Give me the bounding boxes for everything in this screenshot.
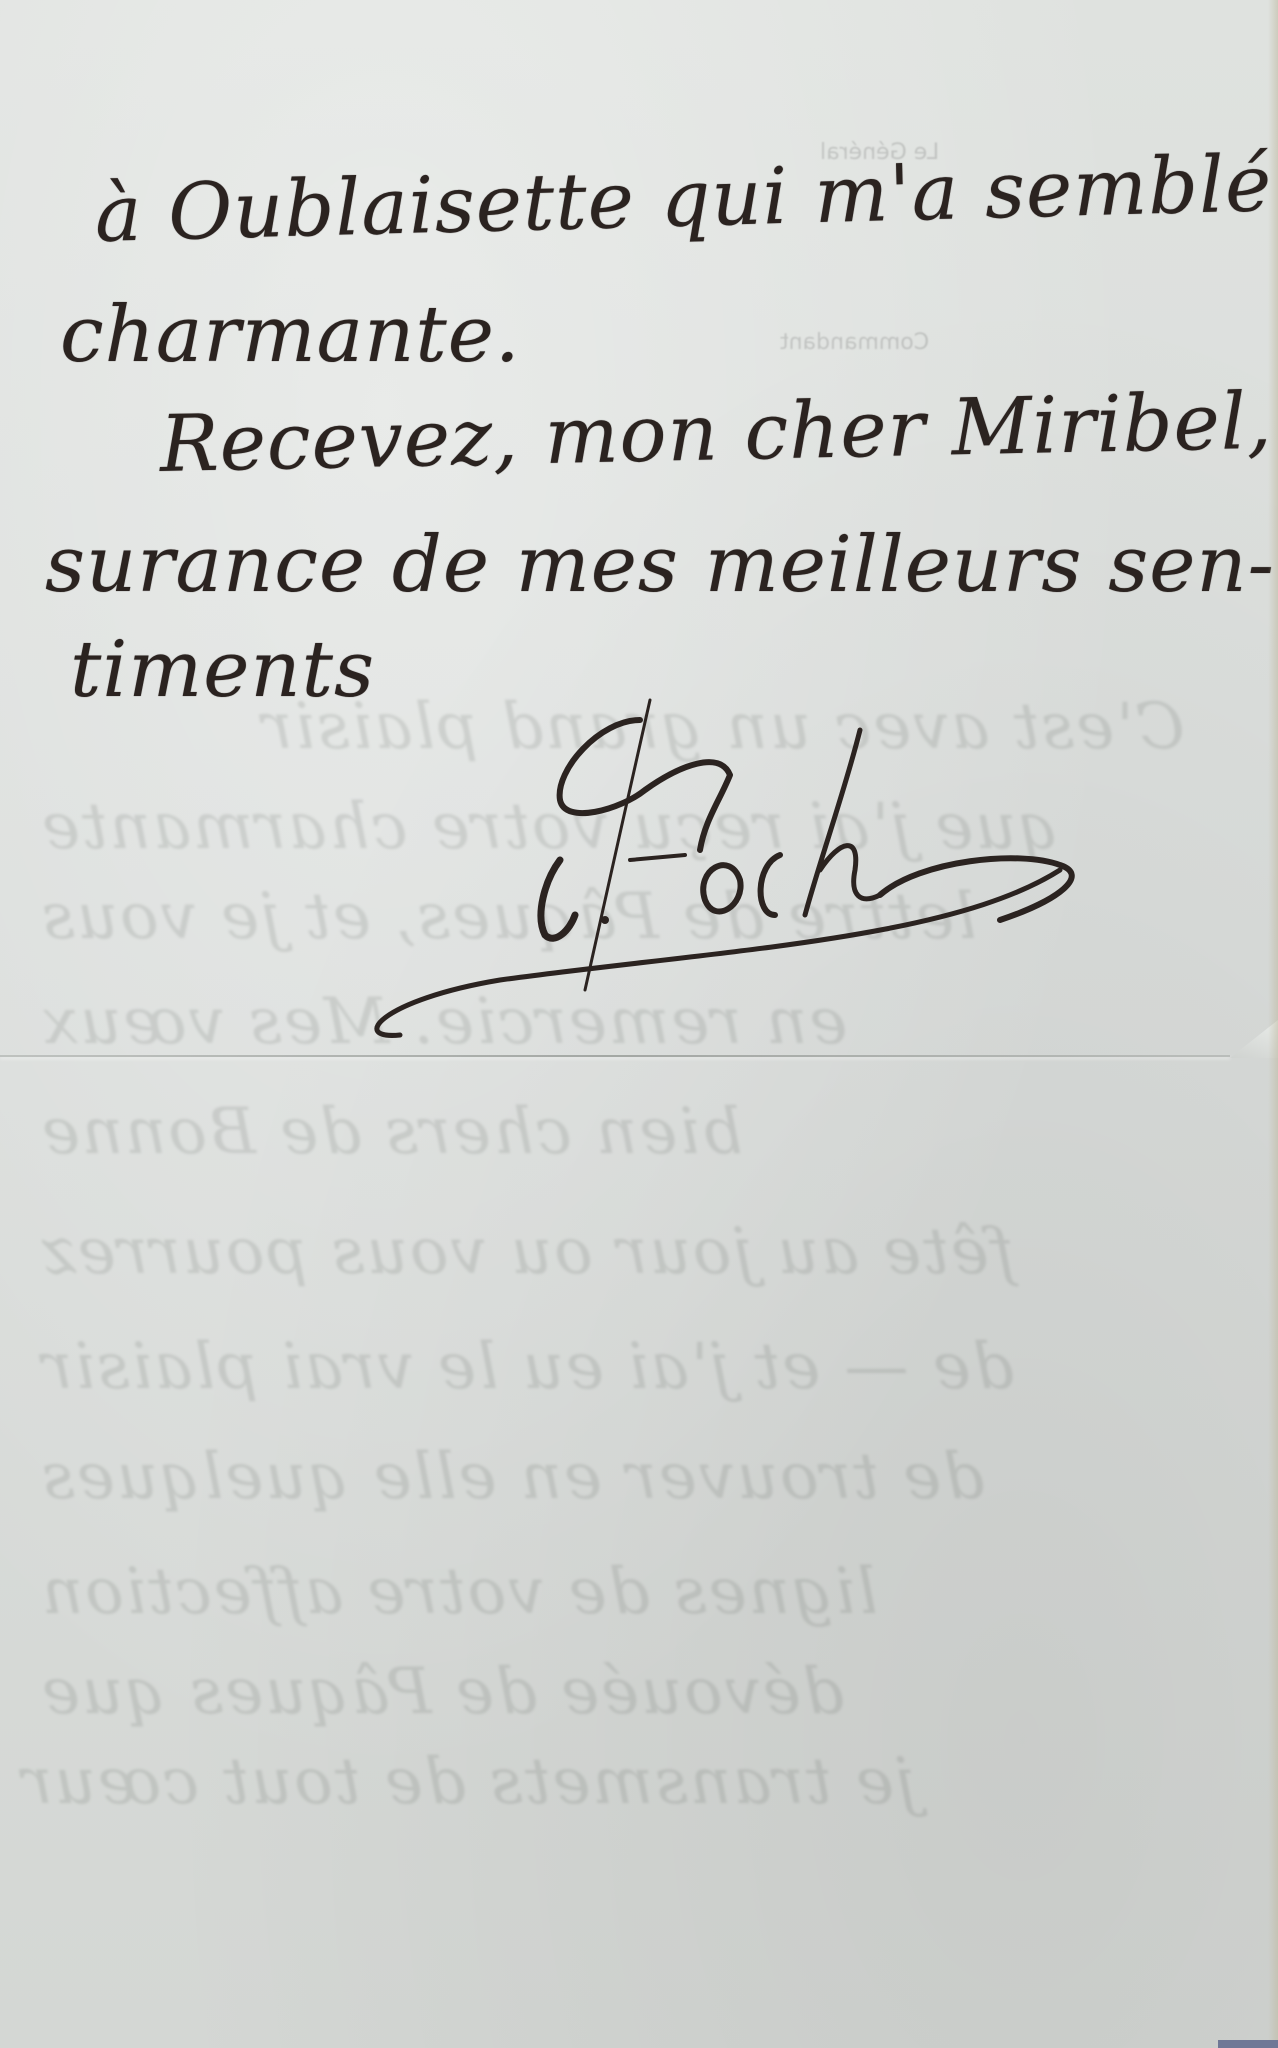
reverse-line: fête au jour ou vous pourrez: [40, 1215, 1014, 1289]
reverse-line: je transmets de tout cœur: [20, 1745, 916, 1819]
reverse-line: dévouée de Pâques que: [40, 1655, 844, 1729]
background-corner: [1218, 2040, 1278, 2048]
reverse-line: bien chers de Bonne: [40, 1095, 743, 1169]
fold-crease: [0, 1055, 1230, 1057]
letterhead-ghost-2: Commandant: [780, 330, 929, 355]
reverse-line: de — et j'ai eu le vrai plaisir: [40, 1330, 1014, 1404]
reverse-line: lignes de votre affection: [40, 1555, 878, 1629]
paper-edge: [1268, 0, 1278, 2048]
reverse-line: de trouver en elle quelques: [40, 1440, 984, 1514]
letter-line-1: à Oublaisette qui m'a semblé: [94, 139, 1273, 260]
signature-foch: F. Foch: [300, 660, 1160, 1040]
letter-sheet: Le Général Commandant C'est avec un gran…: [0, 0, 1278, 2048]
letter-line-2: charmante.: [60, 290, 521, 380]
letter-line-4: surance de mes meilleurs sen-: [45, 520, 1275, 610]
letter-line-3: Recevez, mon cher Miribel, l'as-: [159, 373, 1278, 490]
